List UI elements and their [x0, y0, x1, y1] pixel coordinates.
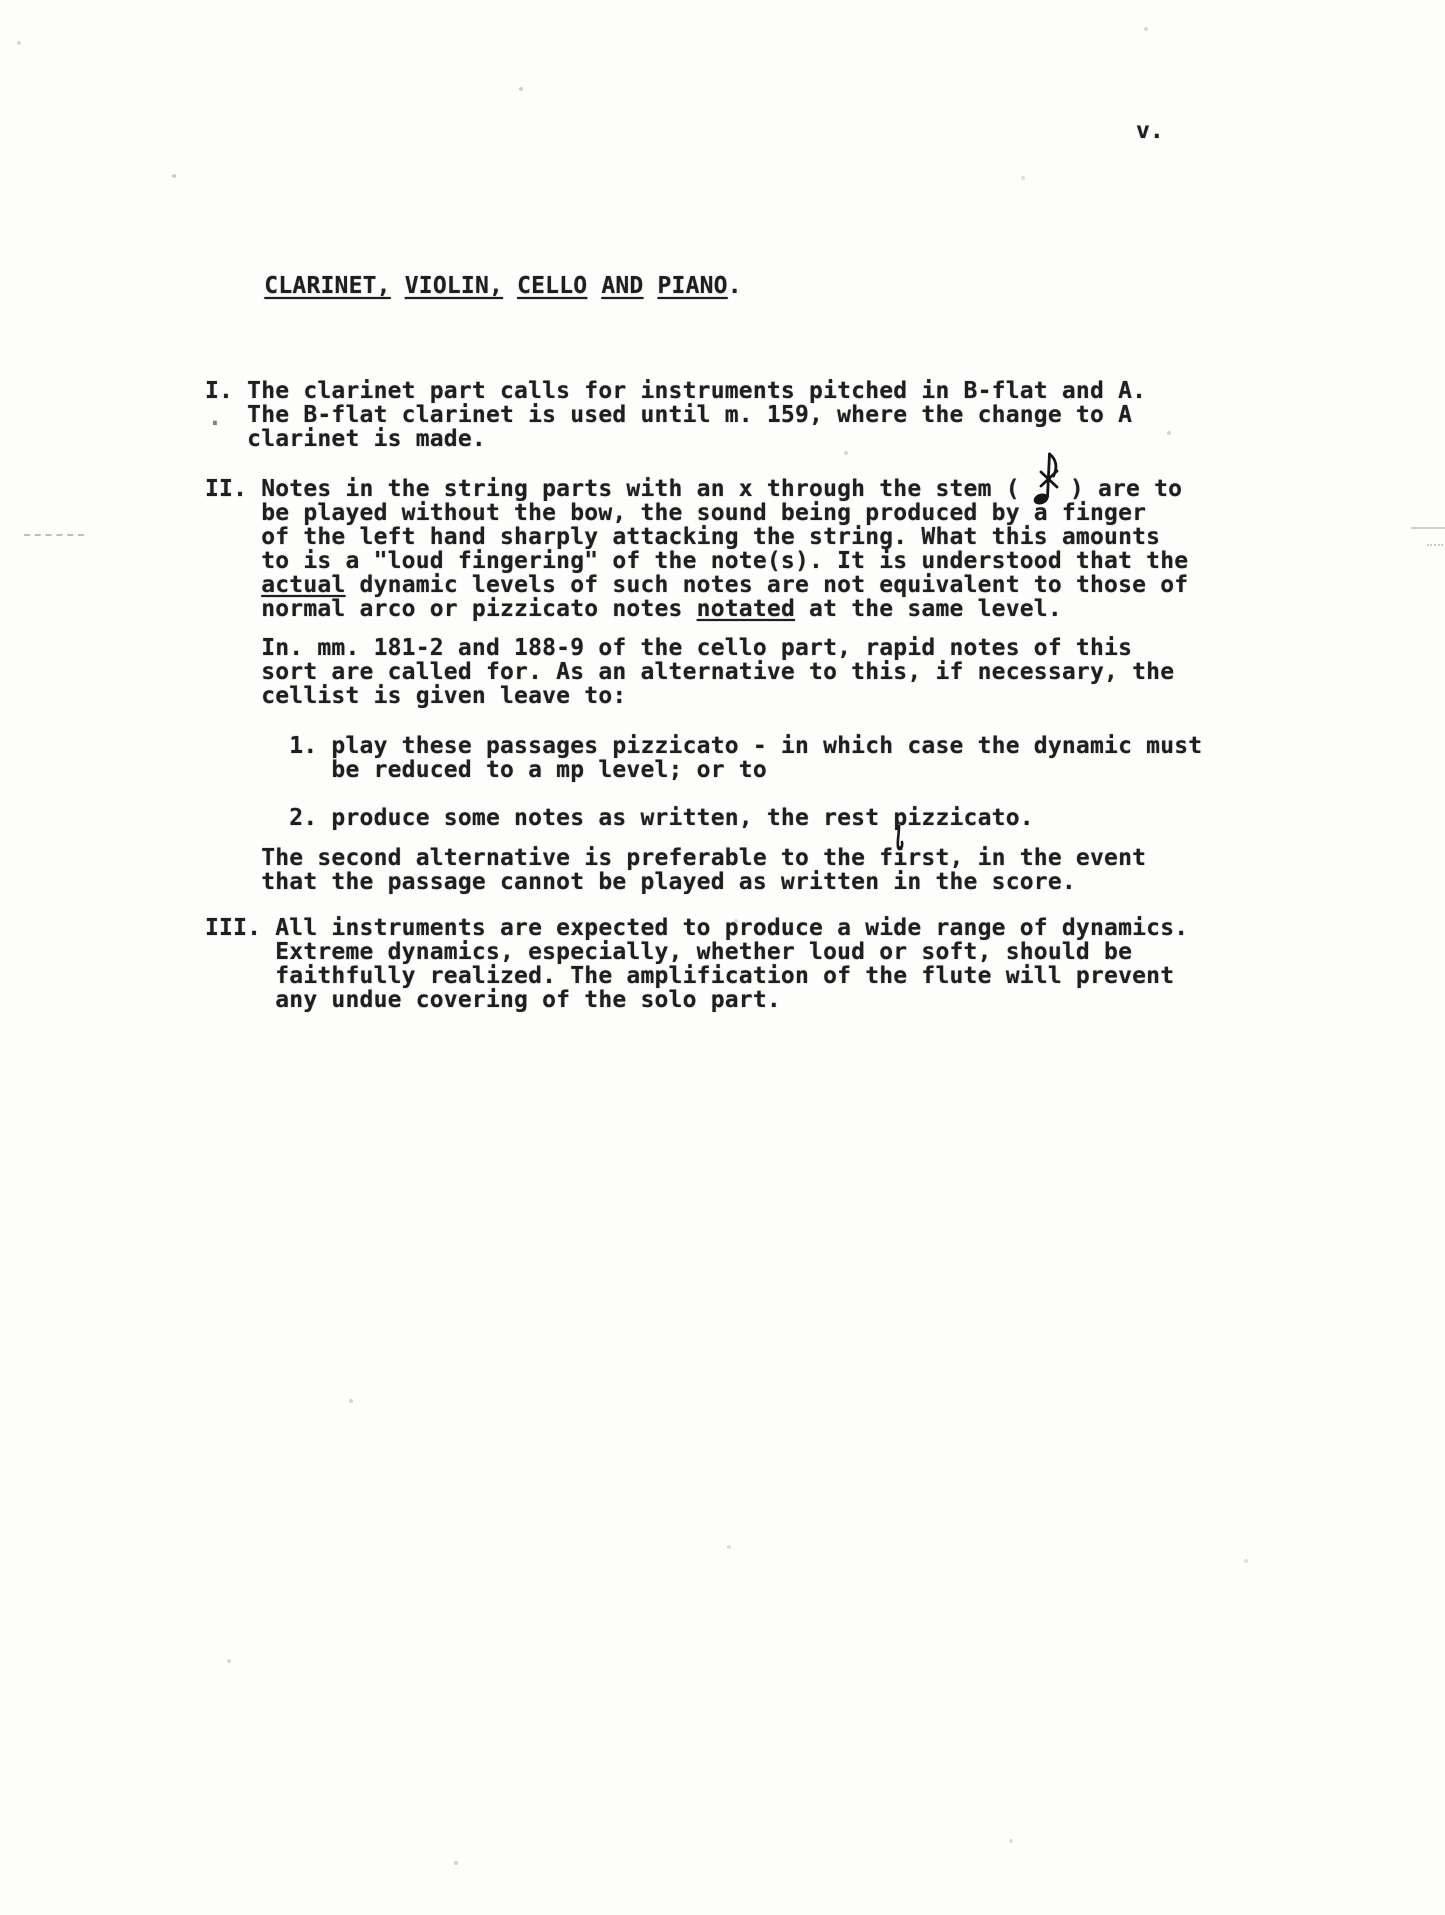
page-number: v.	[1136, 118, 1164, 144]
document-body: CLARINET,VIOLIN,CELLOANDPIANO. . I. The …	[180, 250, 1210, 1012]
section-3: III. All instruments are expected to pro…	[205, 916, 1210, 1012]
section-1: . I. The clarinet part calls for instrum…	[205, 379, 1210, 451]
paragraph-line: faithfully realized. The amplification o…	[205, 964, 1210, 988]
list-item-2: 2. produce some notes as written, the re…	[205, 806, 1210, 830]
section-2-paragraph-2: In. mm. 181-2 and 188-9 of the cello par…	[205, 636, 1210, 708]
paragraph-line: 2. produce some notes as written, the re…	[205, 806, 1210, 830]
section-2-closing: The second alternative is preferable to …	[205, 846, 1210, 894]
paragraph-line: The second alternative is preferable to …	[205, 846, 1210, 870]
line-text: pizzicato.	[893, 805, 1033, 831]
paragraph-line: of the left hand sharply attacking the s…	[205, 525, 1210, 549]
paragraph-line: The B-flat clarinet is used until m. 159…	[205, 403, 1210, 427]
paragraph-line: sort are called for. As an alternative t…	[205, 660, 1210, 684]
underlined-word: notated	[697, 596, 795, 622]
paragraph-line: actual dynamic levels of such notes are …	[205, 573, 1210, 597]
paragraph-line: that the passage cannot be played as wri…	[205, 870, 1210, 894]
line-text: ) are to	[1056, 476, 1182, 502]
pen-mark-icon	[894, 825, 906, 853]
title-word: AND	[601, 273, 643, 299]
section-2: II. Notes in the string parts with an x …	[205, 477, 1210, 894]
line-text: dynamic levels of such notes are not equ…	[346, 572, 1189, 598]
underlined-word: actual	[261, 572, 345, 598]
paragraph-line: normal arco or pizzicato notes notated a…	[205, 597, 1210, 621]
title-word: CLARINET,	[264, 273, 390, 299]
scan-artifact	[0, 0, 2, 2]
paragraph-line: 1. play these passages pizzicato - in wh…	[205, 734, 1210, 758]
paragraph-line: In. mm. 181-2 and 188-9 of the cello par…	[205, 636, 1210, 660]
line-text: at the same level.	[795, 596, 1062, 622]
pizzicato-word: pizzicato.	[893, 806, 1033, 830]
paragraph-line: cellist is given leave to:	[205, 684, 1210, 708]
scan-artifact	[24, 534, 84, 536]
title-word: CELLO	[517, 273, 587, 299]
title-word: VIOLIN,	[405, 273, 503, 299]
list-item-1: 1. play these passages pizzicato - in wh…	[205, 734, 1210, 782]
stray-mark: .	[208, 406, 222, 430]
line-text: 2. produce some notes as written, the re…	[205, 805, 893, 831]
sections: . I. The clarinet part calls for instrum…	[205, 379, 1210, 1012]
paragraph-line: I. The clarinet part calls for instrumen…	[205, 379, 1210, 403]
paragraph-line: II. Notes in the string parts with an x …	[205, 477, 1210, 501]
line-text: II. Notes in the string parts with an x …	[205, 476, 1034, 502]
scan-artifact	[1411, 527, 1445, 529]
eighth-note-x-icon	[1034, 477, 1056, 501]
paragraph-line: Extreme dynamics, especially, whether lo…	[205, 940, 1210, 964]
title-word: PIANO	[657, 273, 727, 299]
line-text	[205, 572, 261, 598]
paragraph-line: be reduced to a mp level; or to	[205, 758, 1210, 782]
paragraph-line: to is a "loud fingering" of the note(s).…	[205, 549, 1210, 573]
paragraph-line: any undue covering of the solo part.	[205, 988, 1210, 1012]
title-period: .	[728, 273, 742, 299]
document-page: v. CLARINET,VIOLIN,CELLOANDPIANO. . I. T…	[0, 0, 1445, 1915]
line-text: normal arco or pizzicato notes	[205, 596, 697, 622]
paragraph-line: III. All instruments are expected to pro…	[205, 916, 1210, 940]
document-title: CLARINET,VIOLIN,CELLOANDPIANO.	[180, 250, 1210, 322]
scan-artifact	[1427, 544, 1443, 546]
